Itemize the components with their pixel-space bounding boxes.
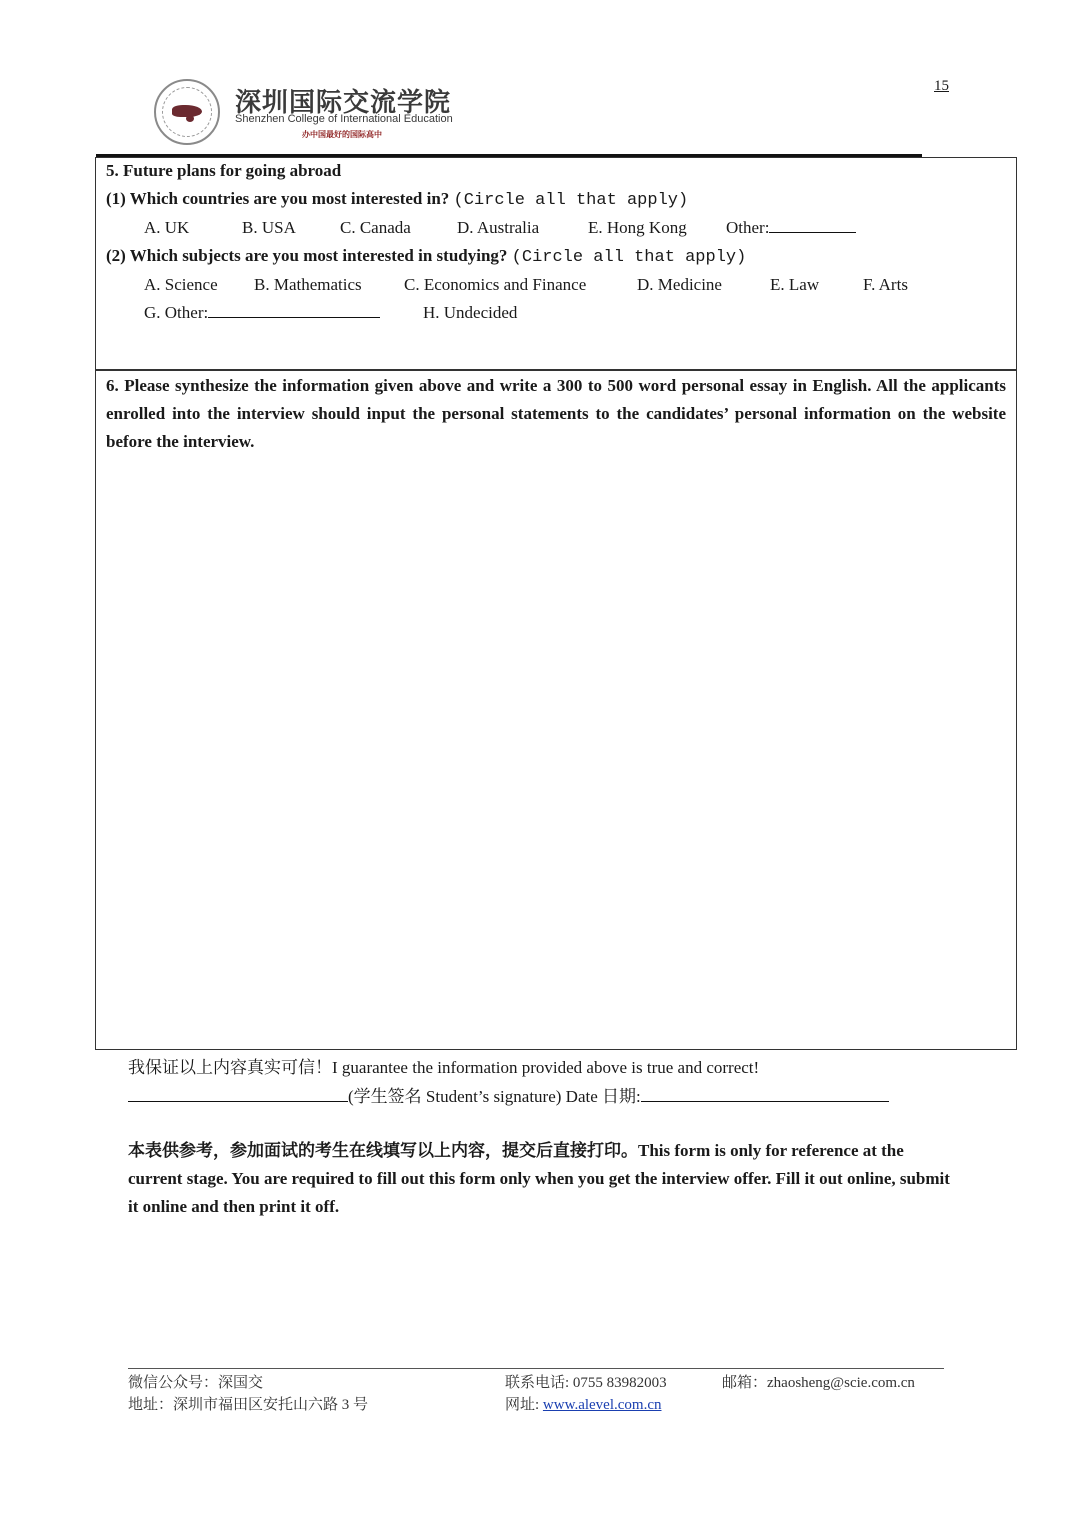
footer-website: 网址: www.alevel.com.cn (505, 1393, 662, 1414)
q2-prompt: (2) Which subjects are you most interest… (106, 246, 746, 267)
essay-area[interactable] (100, 460, 1012, 1045)
q1-option-australia[interactable]: D. Australia (457, 218, 539, 238)
q2-other-field[interactable] (208, 317, 380, 318)
signature-field[interactable] (128, 1101, 348, 1102)
q2-option-arts[interactable]: F. Arts (863, 275, 908, 295)
section6-instructions: 6. Please synthesize the information giv… (106, 372, 1006, 456)
footer-phone: 联系电话: 0755 83982003 (505, 1371, 667, 1392)
q1-other: Other: (726, 218, 856, 238)
q2-prompt-text: (2) Which subjects are you most interest… (106, 246, 507, 265)
reference-note: 本表供参考，参加面试的考生在线填写以上内容，提交后直接打印。This form … (128, 1137, 958, 1221)
footer-website-label: 网址: (505, 1397, 543, 1413)
school-name-en: Shenzhen College of International Educat… (235, 113, 453, 125)
q2-other-label: G. Other: (144, 303, 208, 322)
q1-option-uk[interactable]: A. UK (144, 218, 189, 238)
footer-email: 邮箱：zhaosheng@scie.com.cn (722, 1371, 915, 1392)
section5-title: 5. Future plans for going abroad (106, 161, 341, 181)
q2-option-undecided[interactable]: H. Undecided (423, 303, 517, 323)
school-slogan: 办中国最好的国际高中 (302, 129, 382, 140)
website-link[interactable]: www.alevel.com.cn (543, 1397, 662, 1413)
q2-hint: (Circle all that apply) (512, 248, 747, 267)
school-logo-seal (154, 79, 220, 145)
q2-option-medicine[interactable]: D. Medicine (637, 275, 722, 295)
q2-other: G. Other: (144, 303, 380, 323)
date-field[interactable] (641, 1101, 889, 1102)
q1-prompt: (1) Which countries are you most interes… (106, 189, 688, 210)
q1-prompt-text: (1) Which countries are you most interes… (106, 189, 449, 208)
q1-other-field[interactable] (769, 232, 856, 233)
q1-option-usa[interactable]: B. USA (242, 218, 296, 238)
q1-option-hong-kong[interactable]: E. Hong Kong (588, 218, 687, 238)
q2-option-science[interactable]: A. Science (144, 275, 218, 295)
q1-option-canada[interactable]: C. Canada (340, 218, 411, 238)
page-number: 15 (934, 78, 949, 95)
footer-wechat: 微信公众号：深国交 (128, 1371, 263, 1392)
signature-label: (学生签名 Student’s signature) Date 日期: (348, 1087, 641, 1106)
q2-option-law[interactable]: E. Law (770, 275, 819, 295)
q2-option-economics-finance[interactable]: C. Economics and Finance (404, 275, 586, 295)
q1-hint: (Circle all that apply) (454, 191, 689, 210)
footer-address: 地址：深圳市福田区安托山六路 3 号 (128, 1393, 368, 1414)
q1-other-label: Other: (726, 218, 769, 237)
q2-option-mathematics[interactable]: B. Mathematics (254, 275, 362, 295)
signature-line: (学生签名 Student’s signature) Date 日期: (128, 1082, 889, 1107)
world-map-icon-part (186, 115, 194, 122)
guarantee-statement: 我保证以上内容真实可信！I guarantee the information … (128, 1053, 759, 1078)
footer-divider (128, 1368, 944, 1369)
section-divider (95, 369, 1017, 371)
